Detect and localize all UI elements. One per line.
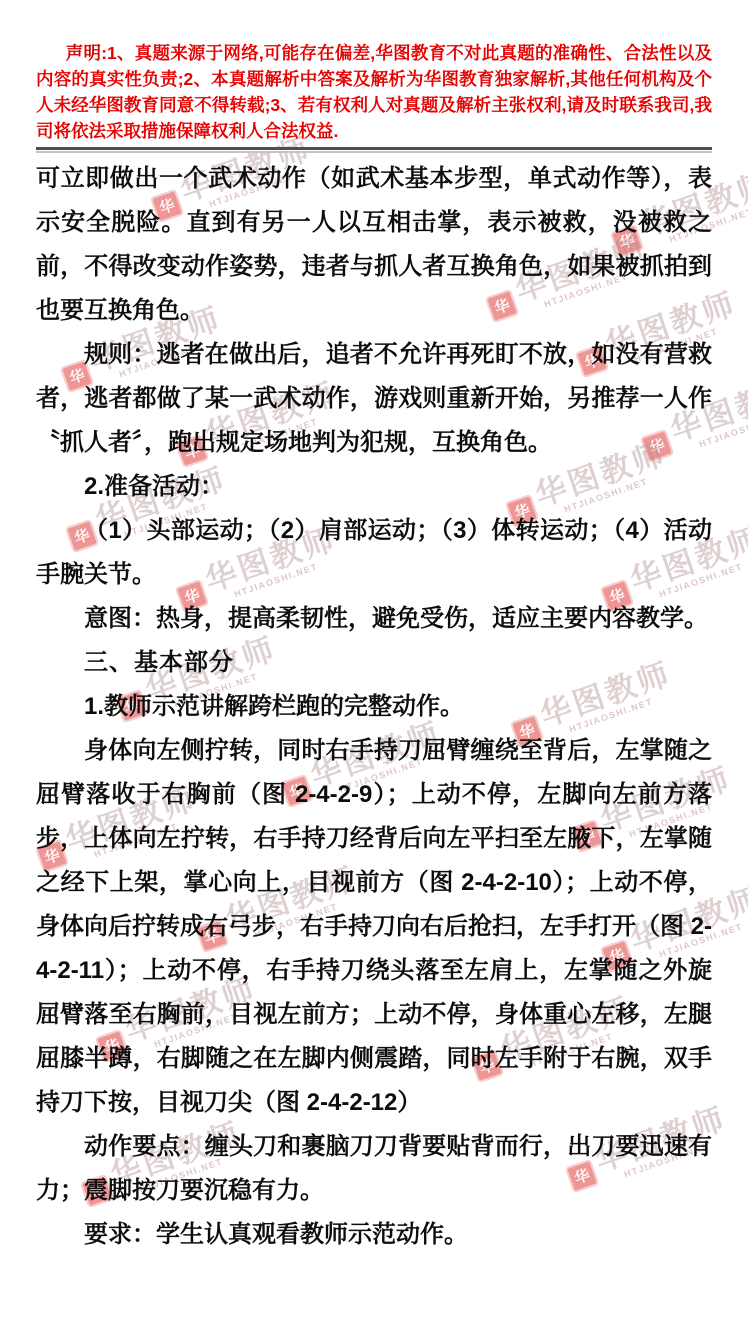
document-body: 可立即做出一个武术动作（如武术基本步型，单式动作等），表示安全脱险。直到有另一人… bbox=[36, 157, 712, 1257]
disclaimer-notice: 声明:1、真题来源于网络,可能存在偏差,华图教育不对此真题的准确性、合法性以及内… bbox=[36, 40, 712, 144]
body-paragraph: 1.教师示范讲解跨栏跑的完整动作。 bbox=[36, 685, 712, 729]
body-paragraph: 动作要点：缠头刀和裹脑刀刀背要贴背而行，出刀要迅速有力；震脚按刀要沉稳有力。 bbox=[36, 1125, 712, 1213]
body-paragraph: 规则：逃者在做出后，追者不允许再死盯不放，如没有营救者，逃者都做了某一武术动作，… bbox=[36, 333, 712, 465]
document-page: 华 华图教师 HTJIAOSHI.NET 华 华图教师 HTJIAOSHI.NE… bbox=[0, 0, 748, 1335]
body-paragraph: 身体向左侧拧转，同时右手持刀屈臂缠绕至背后，左掌随之屈臂落收于右胸前（图 2-4… bbox=[36, 729, 712, 1125]
section-heading: 三、基本部分 bbox=[36, 641, 712, 685]
body-paragraph: 意图：热身，提高柔韧性，避免受伤，适应主要内容教学。 bbox=[36, 597, 712, 641]
body-paragraph: 可立即做出一个武术动作（如武术基本步型，单式动作等），表示安全脱险。直到有另一人… bbox=[36, 157, 712, 333]
body-paragraph: 2.准备活动： bbox=[36, 465, 712, 509]
body-paragraph: （1）头部运动；（2）肩部运动；（3）体转运动；（4）活动手腕关节。 bbox=[36, 509, 712, 597]
section-divider-line bbox=[36, 147, 712, 153]
disclaimer-label: 声明: bbox=[66, 43, 107, 63]
content-layer: 声明:1、真题来源于网络,可能存在偏差,华图教育不对此真题的准确性、合法性以及内… bbox=[0, 0, 748, 1257]
body-paragraph: 要求：学生认真观看教师示范动作。 bbox=[36, 1213, 712, 1257]
disclaimer-text: 1、真题来源于网络,可能存在偏差,华图教育不对此真题的准确性、合法性以及内容的真… bbox=[36, 43, 712, 141]
